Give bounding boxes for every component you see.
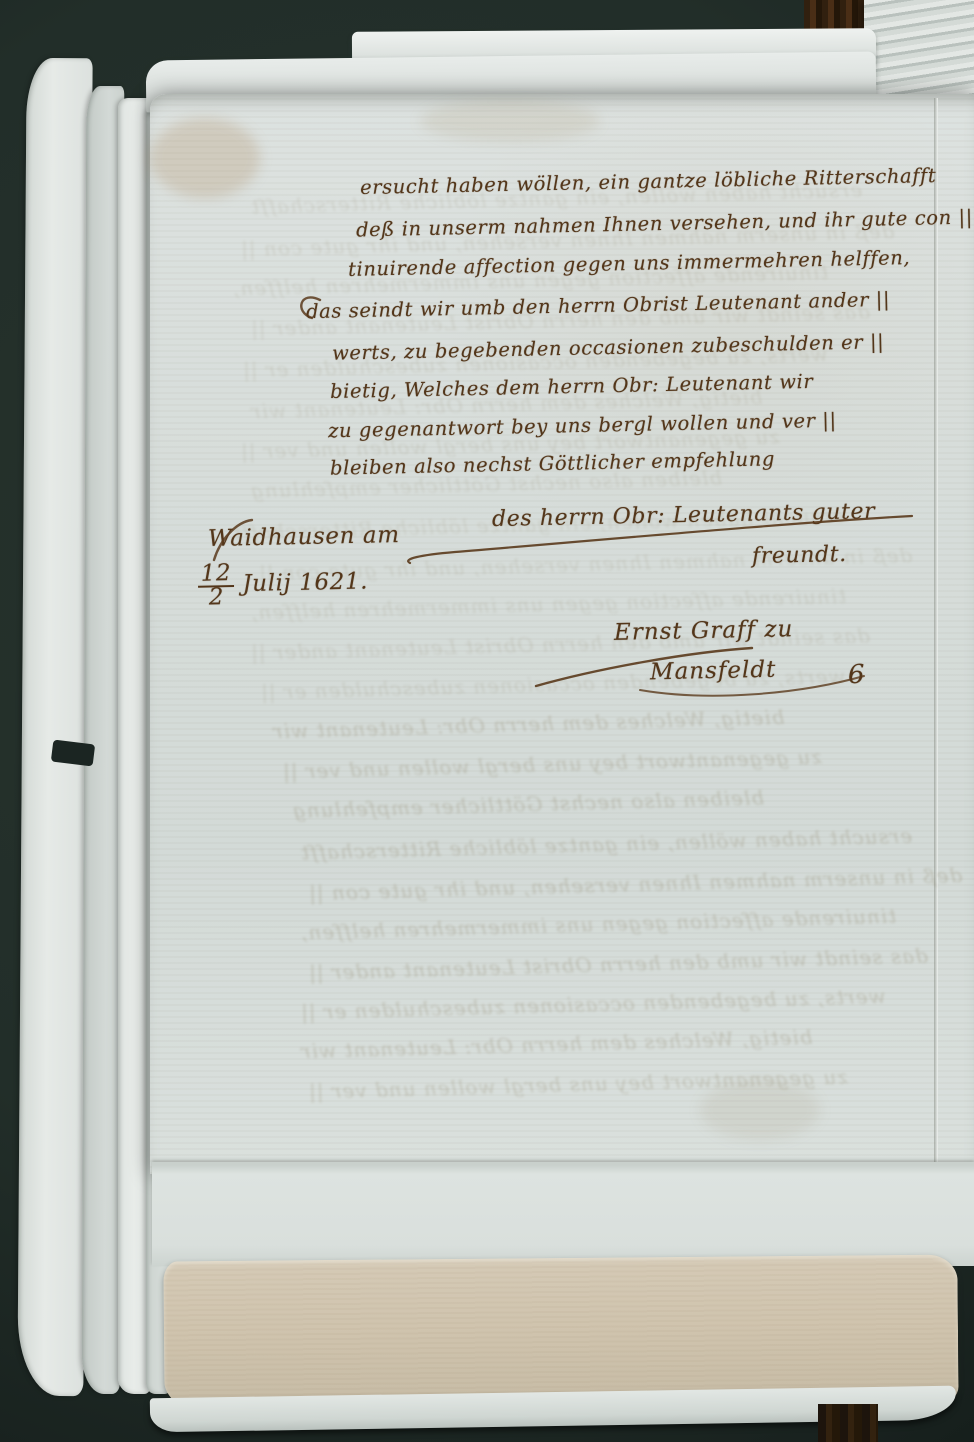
fore-edge-page-stack [864, 0, 974, 108]
date-fraction: 12 2 [198, 563, 235, 608]
closing-line-2: freundt. [752, 542, 847, 569]
signature-line-2: Mansfeldt [650, 657, 777, 686]
signature-line-1: Ernst Graff zu [614, 616, 794, 646]
dateline-place: Waidhausen am [208, 522, 400, 552]
paper-stain [150, 118, 260, 198]
lower-blank-sheet [152, 1162, 974, 1266]
dateline-date: 12 2 Julij 1621. [198, 560, 369, 608]
fold-crease [934, 98, 938, 1206]
signature-paraph: 6 [848, 660, 866, 690]
book-edge-bottom [818, 1404, 878, 1442]
dateline-month-year: Julij 1621. [242, 568, 368, 597]
archival-photo: ersucht haben wöllen, ein gantze löblich… [0, 0, 974, 1442]
paper-stack-edge [17, 58, 92, 1396]
paper-stain [420, 100, 600, 142]
